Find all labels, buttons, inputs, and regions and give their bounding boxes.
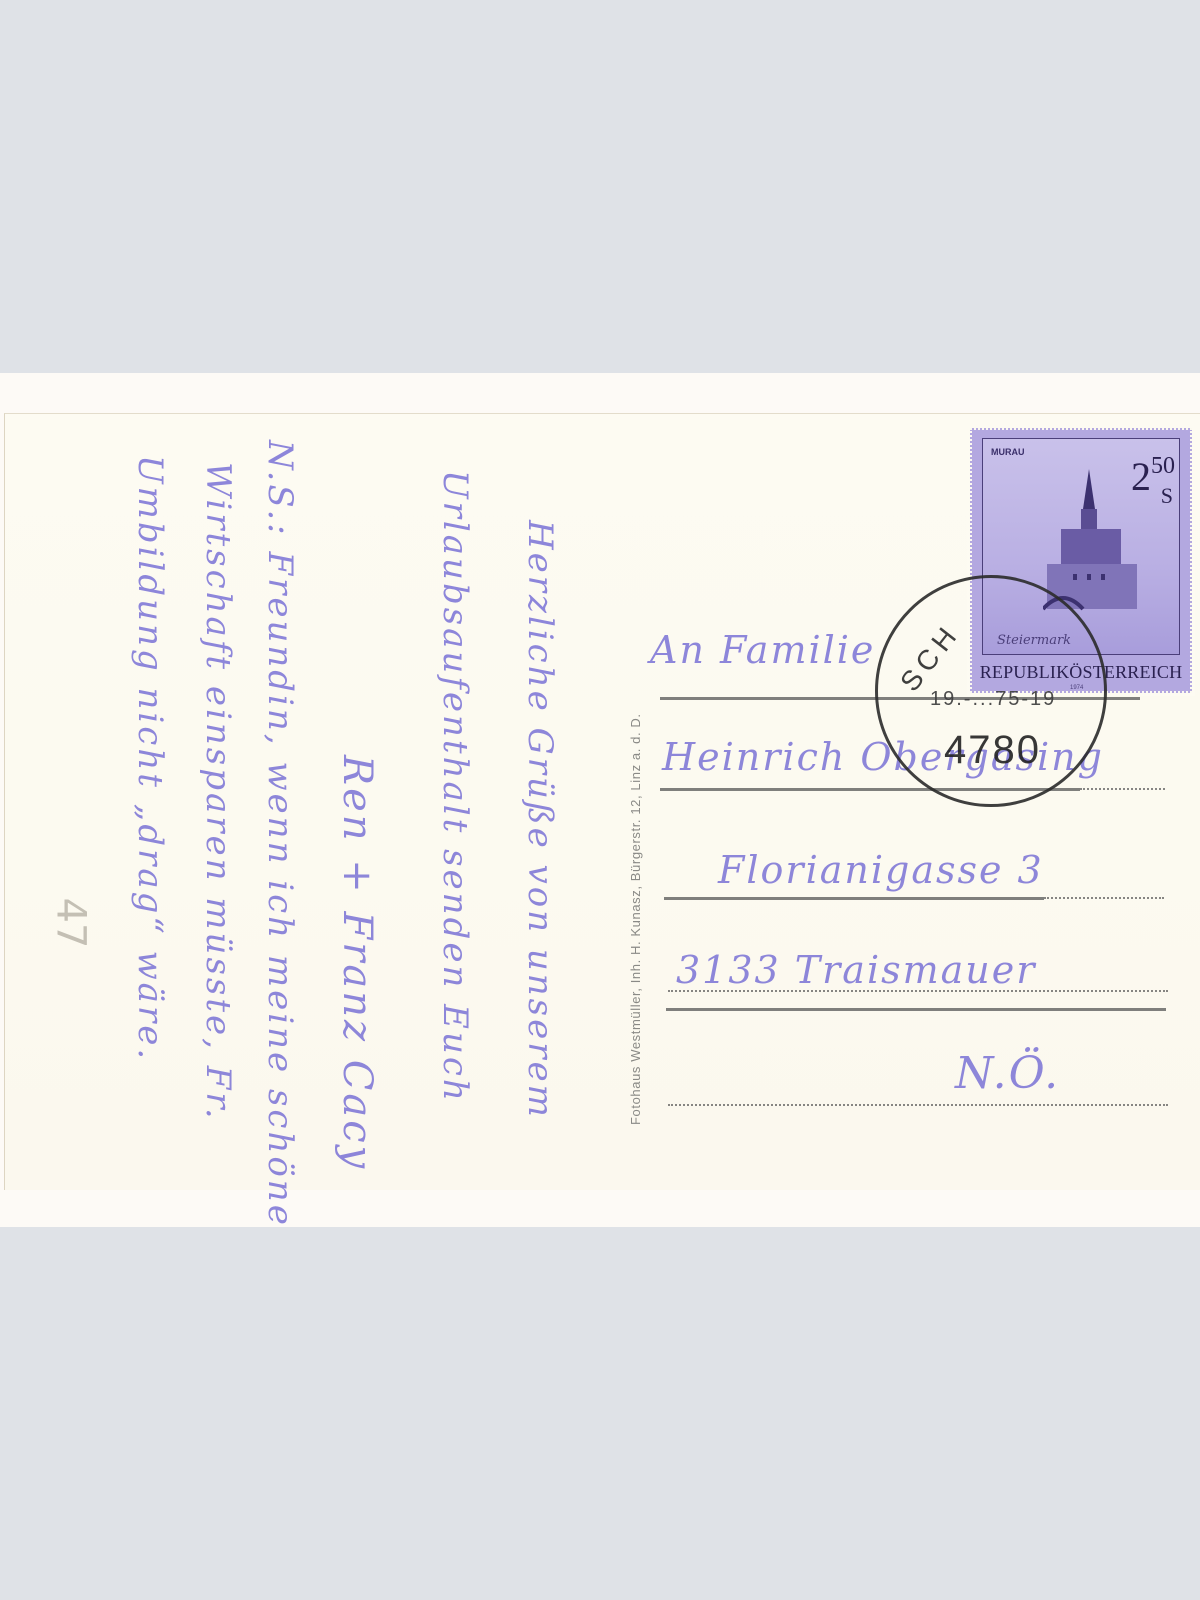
message-line-1: Herzliche Grüße von unserem [520, 520, 560, 1120]
address-rule-3-dots [1044, 897, 1164, 899]
address-line-3: Florianigasse 3 [718, 848, 1044, 892]
message-line-4: N.S.: Freundin, wenn ich meine schöne [260, 440, 300, 1228]
publisher-imprint: Fotohaus Westmüller, Inh. H. Kunasz, Bür… [628, 713, 643, 1125]
address-rule-2-dots [1080, 788, 1165, 790]
address-rule-3 [664, 897, 1044, 900]
address-line-1: An Familie [650, 628, 875, 672]
stamp-value: 250 S [1131, 453, 1175, 500]
stamp-currency: S [1161, 483, 1173, 509]
address-rule-4 [666, 1008, 1166, 1011]
pencil-mark: 47 [47, 898, 93, 949]
postmark-town: SCH [894, 617, 967, 697]
message-line-2: Urlaubsaufenthalt senden Euch [435, 470, 475, 1104]
message-signature: Ren + Franz Cacy [334, 755, 380, 1171]
message-line-5: Wirtschaft einsparen müsste, Fr. [198, 462, 238, 1122]
stamp-town: MURAU [991, 447, 1025, 457]
postmark: SCH 19.-...75-19 4780 [875, 575, 1107, 807]
address-line-4: 3133 Traismauer [676, 948, 1036, 992]
postmark-postal-code: 4780 [944, 728, 1041, 773]
address-line-5: N.Ö. [955, 1048, 1060, 1099]
message-line-6: Umbildung nicht „drag“ wäre. [130, 455, 170, 1062]
stamp-value-sub: 50 [1151, 453, 1175, 479]
postmark-date: 19.-...75-19 [930, 688, 1056, 711]
address-rule-5-dots [668, 1104, 1168, 1106]
stamp-value-main: 2 [1131, 454, 1151, 499]
